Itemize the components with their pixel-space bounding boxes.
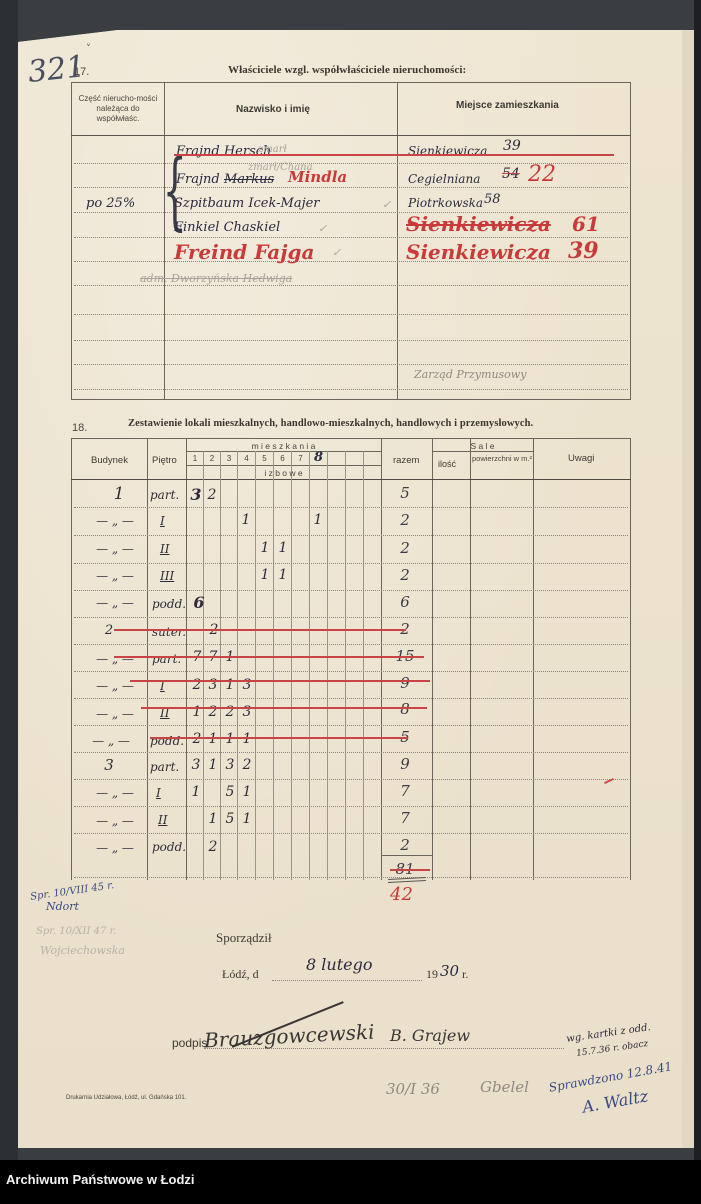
- strike-through-red: [390, 869, 430, 871]
- pietro-cell: suter.: [152, 625, 212, 639]
- strike-through-red: [141, 707, 427, 709]
- razem-cell: 7: [385, 809, 425, 827]
- header-ilosc: ilość: [438, 459, 456, 469]
- razem-cell: 8: [385, 700, 425, 718]
- ruled-line: [74, 285, 628, 286]
- row-line: [74, 644, 628, 645]
- room-cell: 1: [256, 567, 274, 583]
- owner-name: Frajnd: [176, 172, 220, 187]
- pietro-cell: III: [160, 569, 220, 583]
- row-line: [74, 833, 628, 834]
- header-bottom-line: [71, 479, 631, 480]
- archive-name: Archiwum Państwowe w Łodzi: [6, 1172, 195, 1187]
- row-line: [74, 617, 628, 618]
- room-cell: 1: [204, 731, 222, 747]
- pietro-cell: podd.: [152, 840, 212, 854]
- room-cell: 2: [203, 487, 221, 503]
- owner-name-struck: Markus: [224, 172, 274, 187]
- section-18-number: 18.: [72, 422, 87, 434]
- room-cell: 3: [187, 757, 205, 773]
- strike-through-red: [114, 656, 424, 658]
- room-cell: 5: [221, 784, 239, 800]
- check-mark-icon: ✓: [332, 246, 341, 259]
- tick-mark: ˅: [86, 44, 91, 55]
- header-residence: Miejsce zamieszkania: [456, 100, 559, 111]
- pietro-cell: I: [160, 514, 220, 528]
- year-suffix: r.: [462, 967, 468, 982]
- section-17-number: 17.: [74, 66, 89, 78]
- owner-residence: Cegielniana: [408, 172, 480, 186]
- room-cell: 1: [274, 567, 292, 583]
- room-col-header: 3: [221, 454, 237, 464]
- room-cell: 1: [309, 512, 327, 528]
- budynek-cell: — „ —: [60, 814, 170, 828]
- total-line: [381, 855, 432, 856]
- owner-residence-number-new: 22: [528, 162, 556, 187]
- header-line: [186, 451, 381, 452]
- header-razem: razem: [393, 455, 419, 466]
- row-line: [74, 806, 628, 807]
- owner-name-added: Mindla: [288, 168, 347, 186]
- ruled-line: [74, 187, 628, 188]
- header-line: [432, 451, 533, 452]
- budynek-cell: — „ —: [60, 569, 170, 583]
- col-divider: [470, 438, 471, 880]
- row-line: [74, 507, 628, 508]
- check-mark-icon: ✓: [382, 198, 391, 211]
- col-divider: [397, 82, 398, 400]
- row-line: [74, 779, 628, 780]
- printer-imprint: Drukarnia Udziałowa, Łódź, ul. Gdańska 1…: [66, 1095, 186, 1101]
- room-cell: 1: [187, 784, 205, 800]
- ruled-line: [74, 364, 628, 365]
- pietro-cell: II: [160, 542, 220, 556]
- owner-residence: Piotrkowska: [408, 196, 483, 210]
- ruled-line: [74, 340, 628, 341]
- binding-strip: [0, 0, 18, 1160]
- room-cell: 1: [204, 757, 222, 773]
- header-line: [186, 465, 381, 466]
- owner-residence-struck: Sienkiewicza: [406, 212, 551, 236]
- room-cell: 1: [221, 731, 239, 747]
- ruled-line: [74, 237, 628, 238]
- col-divider: [164, 82, 165, 400]
- strike-through-red: [150, 737, 408, 739]
- header-izbowe: i z b o w e: [186, 468, 381, 478]
- header-divider: [71, 135, 631, 136]
- owner-residence-number: 39: [568, 238, 599, 264]
- pencil-initials: Gbelel: [480, 1078, 529, 1096]
- owner-residence: Sienkiewicza: [406, 240, 551, 264]
- row-line: [74, 535, 628, 536]
- pencil-note-line1: Spr. 10/XII 47 r.: [36, 926, 116, 937]
- archive-footer: Archiwum Państwowe w Łodzi: [0, 1160, 701, 1204]
- section-17-title: Właściciele wzgl. współwłaściciele nieru…: [228, 64, 466, 76]
- razem-cell: 9: [385, 674, 425, 692]
- row-line: [74, 563, 628, 564]
- ruled-line: [74, 389, 628, 390]
- budynek-cell: — „ —: [60, 707, 170, 721]
- strike-through-red: [114, 629, 406, 631]
- date-handwritten: 8 lutego: [306, 955, 372, 974]
- date-line: [272, 980, 422, 981]
- pencil-date: 30/I 36: [386, 1080, 440, 1098]
- ruled-line: [74, 314, 628, 315]
- year-handwritten: 30: [440, 962, 459, 980]
- owner-residence-number: 39: [503, 138, 521, 154]
- header-sale: S a l e: [432, 441, 533, 451]
- owner-residence-number: 61: [572, 212, 600, 236]
- room-col-header: 6: [274, 454, 291, 464]
- col-divider: [432, 438, 433, 880]
- row-line: [74, 752, 628, 753]
- header-name: Nazwisko i imię: [236, 104, 310, 115]
- razem-cell: 2: [385, 539, 425, 557]
- room-col-divider: [345, 451, 346, 880]
- room-col-header-handwritten: 8: [310, 450, 327, 465]
- owner-name: Freind Fajga: [174, 240, 314, 264]
- header-powierzchni: powierzchni w m.²: [472, 454, 532, 463]
- header-budynek: Budynek: [91, 455, 128, 466]
- strike-through-red: [130, 680, 430, 682]
- row-line: [74, 877, 628, 878]
- section-18-title: Zestawienie lokali mieszkalnych, handlow…: [128, 418, 533, 429]
- owner-name: Finkiel Chaskiel: [174, 220, 280, 235]
- room-cell: 1: [204, 811, 222, 827]
- room-col-header: 2: [204, 454, 220, 464]
- razem-cell: 7: [385, 782, 425, 800]
- razem-cell: 2: [385, 836, 425, 854]
- room-col-divider: [291, 451, 292, 880]
- pietro-cell: I: [156, 786, 216, 800]
- owner-residence: Sienkiewicza: [408, 144, 487, 158]
- budynek-cell: — „ —: [60, 542, 170, 556]
- room-cell: 3: [221, 757, 239, 773]
- razem-cell: 2: [385, 511, 425, 529]
- bottom-note: Zarząd Przymusowy: [414, 368, 526, 381]
- header-share: Część nierucho-mości należąca do współwł…: [74, 94, 162, 124]
- owner-residence-number-struck: 54: [502, 166, 520, 182]
- row-line: [74, 590, 628, 591]
- room-cell: 1: [238, 731, 256, 747]
- col-divider: [381, 438, 382, 880]
- room-col-header: 7: [292, 454, 309, 464]
- room-cell: 2: [204, 839, 222, 855]
- razem-cell: 5: [385, 484, 425, 502]
- pencil-note-administrator: adm. Dworzyńska Hedwiga: [140, 272, 292, 285]
- strike-through-red: [174, 154, 614, 156]
- blue-note-line2: Ndort: [46, 900, 79, 913]
- header-pietro: Piętro: [152, 455, 177, 466]
- row-line: [74, 725, 628, 726]
- signature-2: B. Grajew: [390, 1026, 470, 1045]
- row-line: [74, 698, 628, 699]
- budynek-cell: 3: [54, 756, 164, 774]
- prepared-by-label: Sporządził: [216, 930, 272, 946]
- pencil-note-line2: Wojciechowska: [40, 944, 125, 957]
- room-col-divider: [363, 451, 364, 880]
- place-label: Łódź, d: [222, 967, 259, 982]
- room-col-divider: [327, 451, 328, 880]
- room-cell: 1: [256, 540, 274, 556]
- room-cell: 6: [190, 593, 208, 612]
- year-prefix: 19: [426, 967, 438, 982]
- room-cell: 1: [237, 512, 255, 528]
- razem-cell: 2: [385, 566, 425, 584]
- razem-cell: 6: [385, 593, 425, 611]
- room-cell: 1: [238, 811, 256, 827]
- room-cell: 1: [274, 540, 292, 556]
- budynek-cell: — „ —: [60, 514, 170, 528]
- signature-label: podpis: [172, 1036, 207, 1050]
- header-mieszkania: m i e s z k a n i a: [186, 441, 381, 451]
- owner-residence-number: 58: [484, 192, 501, 207]
- owner-name: Szpitbaum Icek-Majer: [174, 196, 320, 211]
- total-new: 42: [390, 884, 413, 905]
- room-col-header: 4: [238, 454, 255, 464]
- room-cell: 5: [221, 811, 239, 827]
- right-edge: [694, 0, 701, 1160]
- room-col-divider: [273, 451, 274, 880]
- share-value: po 25%: [86, 196, 135, 211]
- row-line: [74, 671, 628, 672]
- header-uwagi: Uwagi: [568, 453, 594, 464]
- budynek-cell: 2: [54, 623, 164, 638]
- room-col-header: 1: [187, 454, 203, 464]
- budynek-cell: — „ —: [60, 786, 170, 800]
- room-cell: 1: [238, 784, 256, 800]
- room-col-header: 5: [256, 454, 273, 464]
- col-divider: [533, 438, 534, 880]
- razem-cell: 9: [385, 755, 425, 773]
- check-mark-icon: ✓: [318, 222, 327, 235]
- room-cell: 2: [238, 757, 256, 773]
